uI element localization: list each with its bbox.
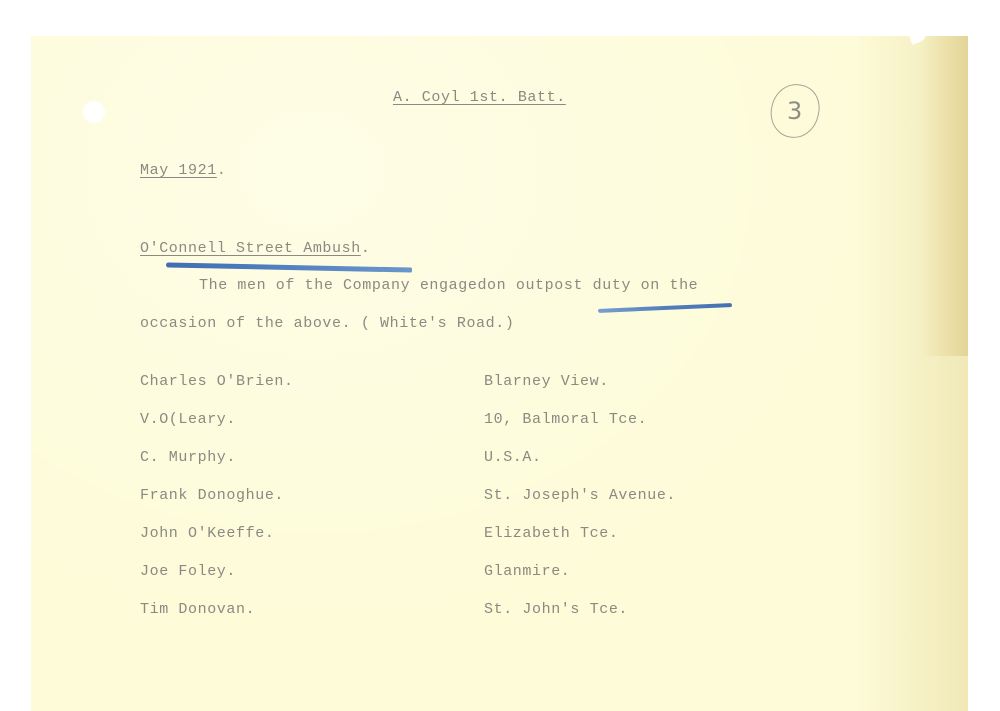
paragraph-line-1: The men of the Company engagedon outpost… xyxy=(199,277,698,295)
section-title-period: . xyxy=(361,240,371,257)
page-number-text: 3 xyxy=(787,97,802,125)
roster-name: Frank Donoghue. xyxy=(140,487,284,505)
document-date: May 1921. xyxy=(140,162,226,180)
roster-name: C. Murphy. xyxy=(140,449,236,467)
section-title-text: O'Connell Street Ambush xyxy=(140,240,361,257)
roster-address: U.S.A. xyxy=(484,449,542,467)
roster-name: Charles O'Brien. xyxy=(140,373,294,391)
roster-address: Blarney View. xyxy=(484,373,609,391)
paragraph-line-2: occasion of the above. ( White's Road.) xyxy=(140,315,514,333)
document-header: A. Coyl 1st. Batt. xyxy=(393,89,566,107)
roster-name: Joe Foley. xyxy=(140,563,236,581)
roster-name: Tim Donovan. xyxy=(140,601,255,619)
section-title: O'Connell Street Ambush. xyxy=(140,240,370,258)
roster-name: V.O(Leary. xyxy=(140,411,236,429)
page-corner-fold xyxy=(920,36,968,356)
punch-hole xyxy=(83,101,105,123)
roster-address: St. Joseph's Avenue. xyxy=(484,487,676,505)
roster-address: Glanmire. xyxy=(484,563,570,581)
date-text: May 1921 xyxy=(140,162,217,179)
roster-address: St. John's Tce. xyxy=(484,601,628,619)
roster-address: Elizabeth Tce. xyxy=(484,525,618,543)
roster-address: 10, Balmoral Tce. xyxy=(484,411,647,429)
date-period: . xyxy=(217,162,227,179)
roster-name: John O'Keeffe. xyxy=(140,525,274,543)
